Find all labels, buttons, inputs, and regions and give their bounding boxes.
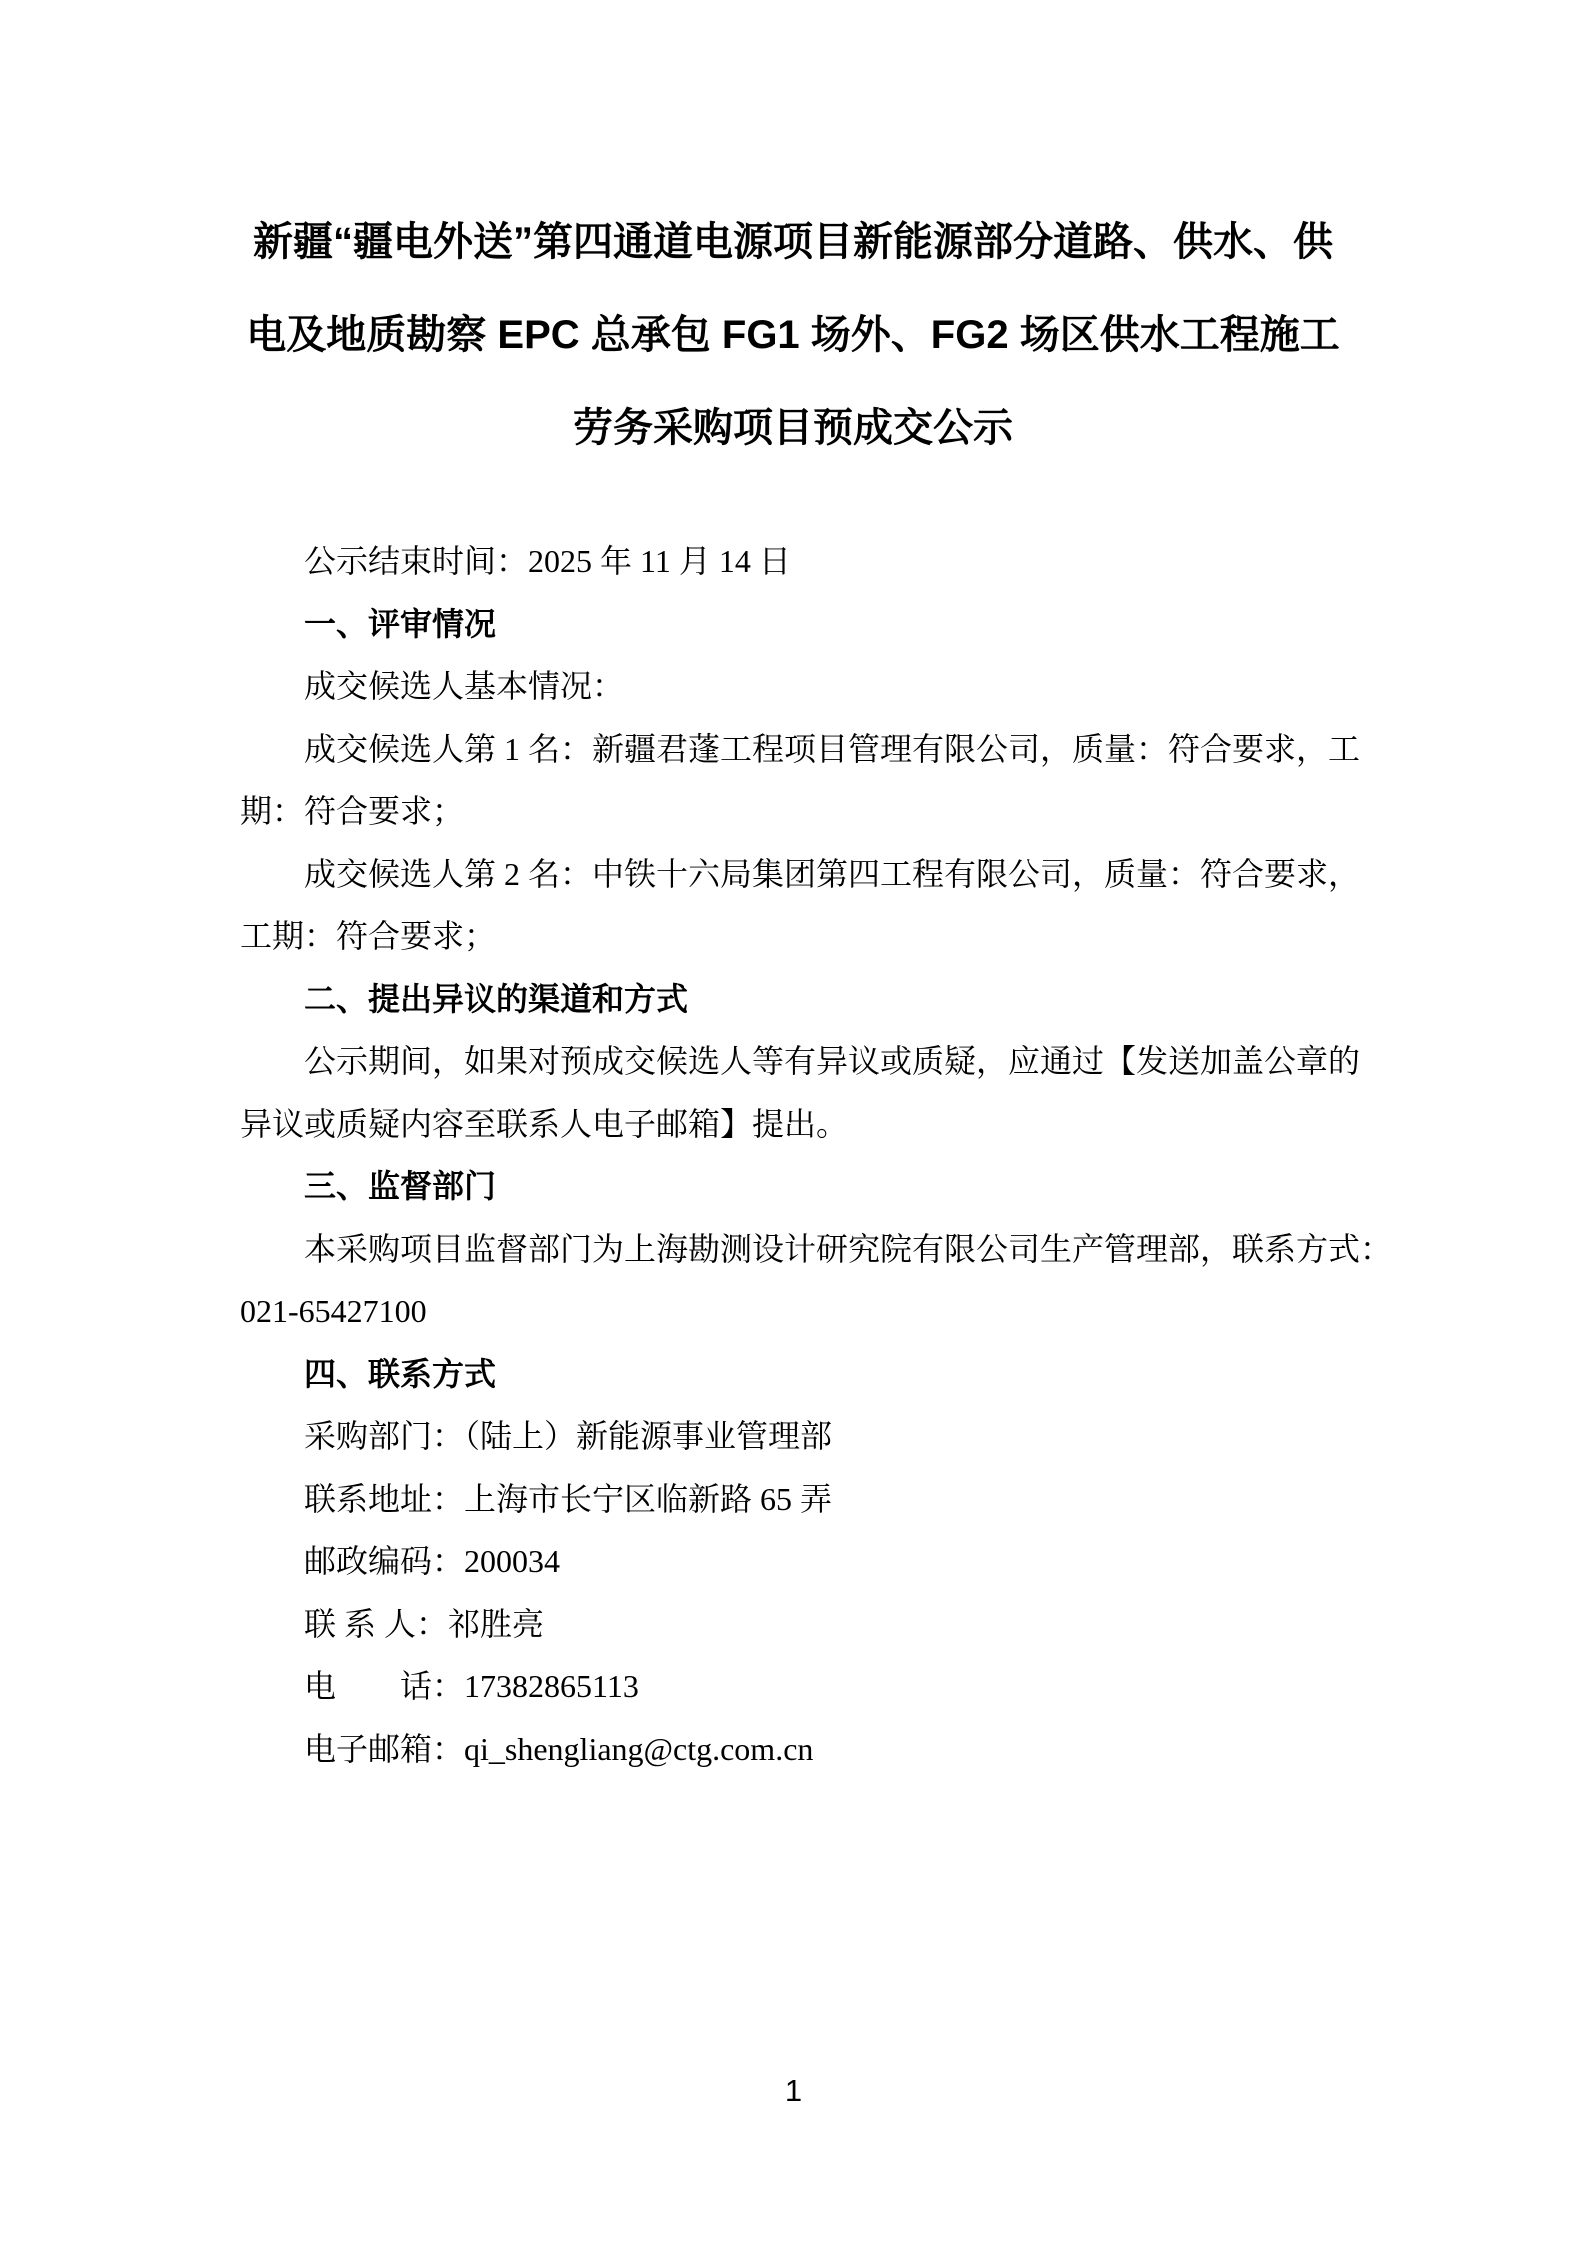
- contact-person-line: 联 系 人：祁胜亮: [240, 1593, 1346, 1656]
- document-body: 公示结束时间：2025 年 11 月 14 日 一、评审情况 成交候选人基本情况…: [240, 530, 1346, 1780]
- candidate-1-line-2: 期：符合要求；: [240, 780, 1346, 843]
- candidate-1-line-1: 成交候选人第 1 名：新疆君蓬工程项目管理有限公司，质量：符合要求，工: [240, 718, 1346, 781]
- section-4-heading: 四、联系方式: [240, 1343, 1346, 1406]
- publicity-end-time-line: 公示结束时间：2025 年 11 月 14 日: [240, 530, 1346, 593]
- postal-code-line: 邮政编码：200034: [240, 1530, 1346, 1593]
- candidates-overview-line: 成交候选人基本情况：: [240, 655, 1346, 718]
- contact-address-line: 联系地址：上海市长宁区临新路 65 弄: [240, 1468, 1346, 1531]
- document-title: 新疆“疆电外送”第四通道电源项目新能源部分道路、供水、供 电及地质勘察 EPC …: [240, 196, 1346, 475]
- contact-phone-line: 电 话：17382865113: [240, 1655, 1346, 1718]
- candidate-2-line-2: 工期：符合要求；: [240, 905, 1346, 968]
- supervision-dept-line-1: 本采购项目监督部门为上海勘测设计研究院有限公司生产管理部，联系方式：: [240, 1218, 1346, 1281]
- section-2-heading: 二、提出异议的渠道和方式: [240, 968, 1346, 1031]
- purchasing-department-line: 采购部门：（陆上）新能源事业管理部: [240, 1405, 1346, 1468]
- objection-channel-line-1: 公示期间，如果对预成交候选人等有异议或质疑，应通过【发送加盖公章的: [240, 1030, 1346, 1093]
- section-3-heading: 三、监督部门: [240, 1155, 1346, 1218]
- objection-channel-line-2: 异议或质疑内容至联系人电子邮箱】提出。: [240, 1093, 1346, 1156]
- candidate-2-line-1: 成交候选人第 2 名：中铁十六局集团第四工程有限公司，质量：符合要求，: [240, 843, 1346, 906]
- supervision-phone-line: 021-65427100: [240, 1280, 1346, 1343]
- page-number: 1: [0, 2071, 1587, 2111]
- section-1-heading: 一、评审情况: [240, 593, 1346, 656]
- title-line-3: 劳务采购项目预成交公示: [240, 382, 1346, 475]
- contact-email-line: 电子邮箱：qi_shengliang@ctg.com.cn: [240, 1718, 1346, 1781]
- title-line-1: 新疆“疆电外送”第四通道电源项目新能源部分道路、供水、供: [240, 196, 1346, 289]
- title-line-2: 电及地质勘察 EPC 总承包 FG1 场外、FG2 场区供水工程施工: [240, 289, 1346, 382]
- document-page: 新疆“疆电外送”第四通道电源项目新能源部分道路、供水、供 电及地质勘察 EPC …: [0, 0, 1587, 2245]
